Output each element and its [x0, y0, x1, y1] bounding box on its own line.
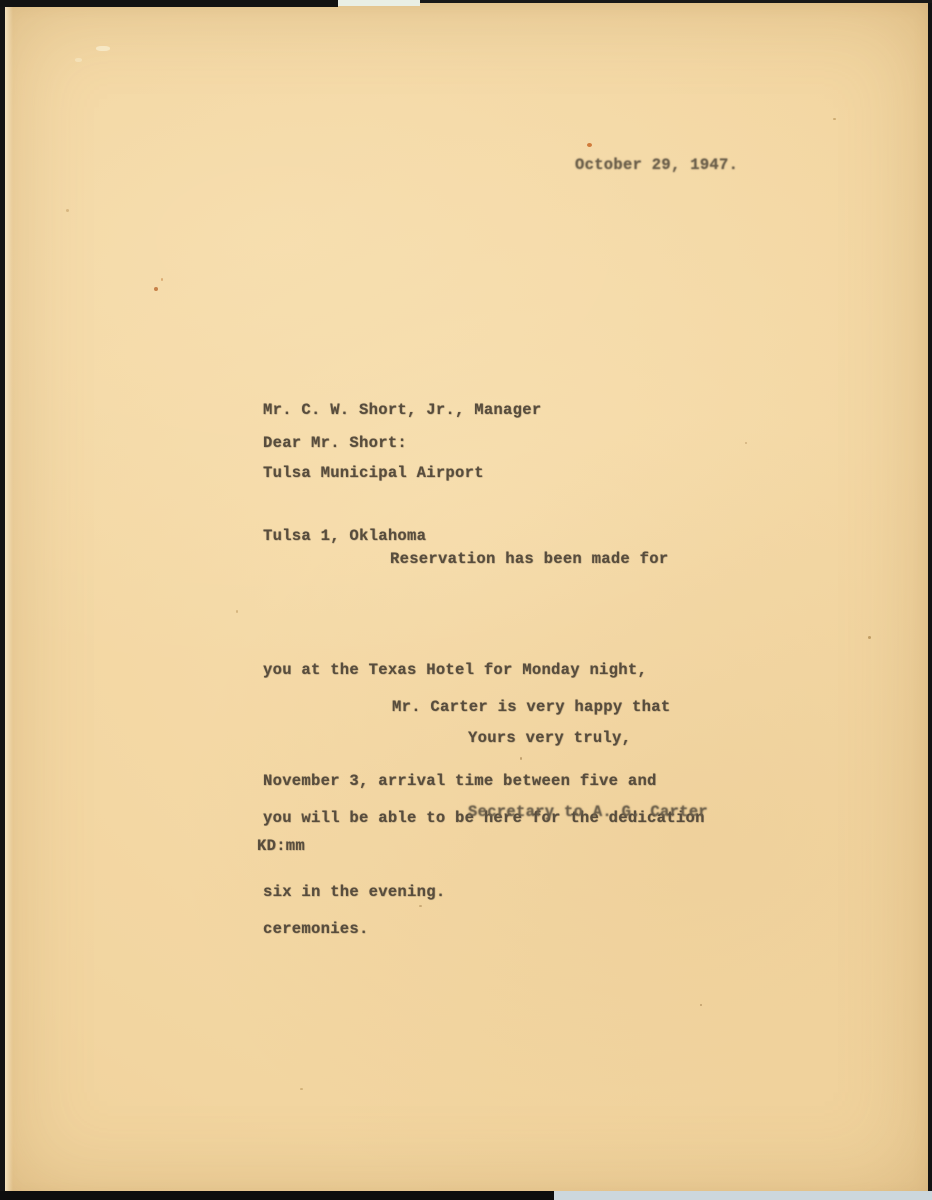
letter-line: ceremonies.	[263, 911, 705, 948]
scan-edge-left	[0, 0, 5, 1200]
address-line-name: Mr. C. W. Short, Jr., Manager	[263, 400, 541, 421]
scan-edge-right	[928, 0, 932, 1200]
complimentary-close: Yours very truly,	[468, 729, 631, 747]
salutation: Dear Mr. Short:	[263, 434, 407, 452]
scan-edge-top-left	[0, 0, 338, 7]
scanned-letter-page: October 29, 1947. Mr. C. W. Short, Jr., …	[0, 0, 932, 1200]
scan-edge-top-notch	[338, 0, 420, 6]
scan-edge-bottom-right	[554, 1191, 932, 1200]
paper-left-edge-highlight	[5, 0, 13, 1200]
letter-line: Mr. Carter is very happy that	[263, 689, 705, 726]
letter-line: Reservation has been made for	[263, 541, 668, 578]
scan-edge-bottom-left	[0, 1191, 554, 1200]
typist-initials: KD:mm	[257, 837, 305, 855]
letter-date: October 29, 1947.	[575, 156, 738, 174]
signature-title: Secretary to A. G. Carter	[468, 803, 708, 821]
scan-edge-top-right	[420, 0, 932, 3]
